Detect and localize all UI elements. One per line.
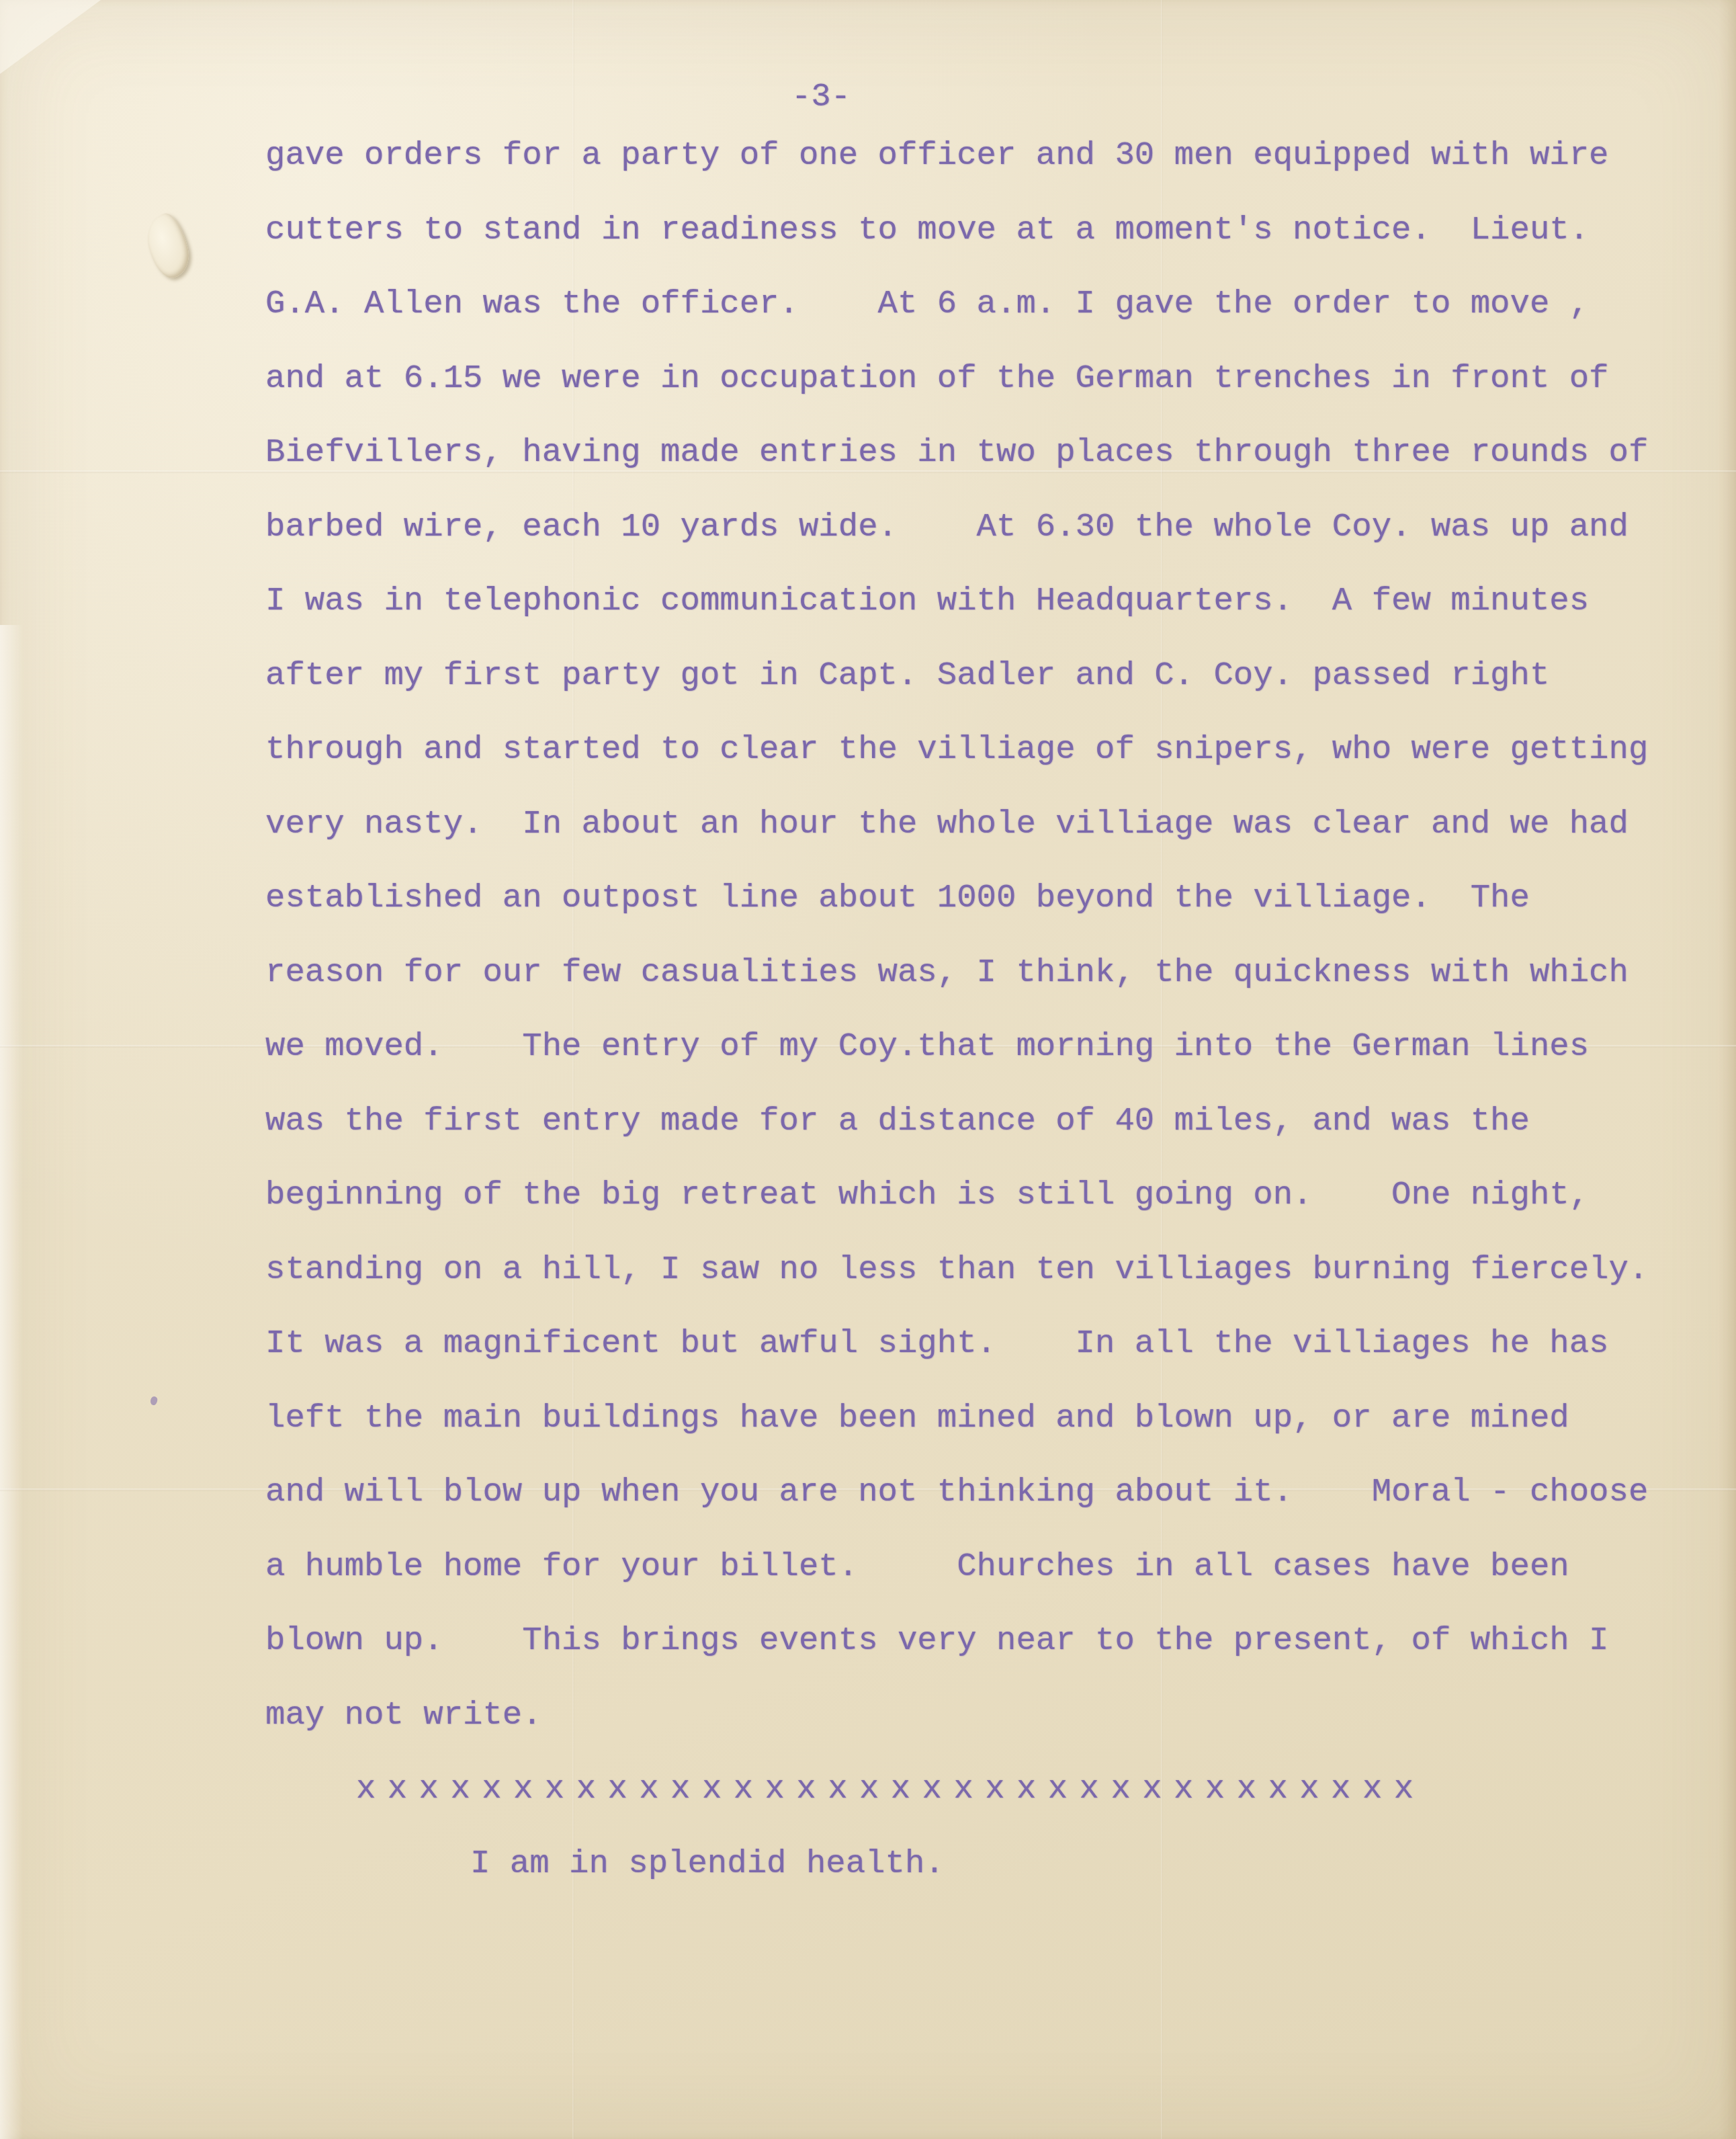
text-line: It was a magnificent but awful sight. In… <box>265 1306 1703 1381</box>
paper-edge-right <box>1719 0 1736 2139</box>
text-line: reason for our few casualities was, I th… <box>265 935 1703 1010</box>
stray-ink-mark <box>149 1396 159 1406</box>
scan-corner-highlight <box>0 0 101 74</box>
text-line: blown up. This brings events very near t… <box>265 1603 1703 1678</box>
text-line: beginning of the big retreat which is st… <box>265 1158 1703 1232</box>
text-line: G.A. Allen was the officer. At 6 a.m. I … <box>265 267 1703 341</box>
text-line: may not write. <box>265 1678 1703 1753</box>
text-line: gave orders for a party of one officer a… <box>265 118 1703 193</box>
text-line: very nasty. In about an hour the whole v… <box>265 787 1703 862</box>
text-line: and at 6.15 we were in occupation of the… <box>265 341 1703 416</box>
text-line: a humble home for your billet. Churches … <box>265 1529 1703 1604</box>
text-line: Biefvillers, having made entries in two … <box>265 415 1703 490</box>
letter-page: -3- gave orders for a party of one offic… <box>0 0 1736 2139</box>
paper-flaw <box>142 210 194 282</box>
letter-paragraph: gave orders for a party of one officer a… <box>265 118 1703 1752</box>
text-line: and will blow up when you are not thinki… <box>265 1455 1703 1529</box>
text-line: barbed wire, each 10 yards wide. At 6.30… <box>265 490 1703 564</box>
text-line: left the main buildings have been mined … <box>265 1381 1703 1456</box>
letter-body: gave orders for a party of one officer a… <box>265 118 1703 1900</box>
text-line: I was in telephonic communication with H… <box>265 564 1703 638</box>
text-line: we moved. The entry of my Coy.that morni… <box>265 1009 1703 1084</box>
text-line: through and started to clear the villiag… <box>265 712 1703 787</box>
page-number: -3- <box>0 78 1642 116</box>
closing-line: I am in splendid health. <box>265 1827 1703 1901</box>
typed-x-separator: x x x x x x x x x x x x x x x x x x x x … <box>265 1752 1703 1827</box>
text-line: cutters to stand in readiness to move at… <box>265 193 1703 267</box>
text-line: after my first party got in Capt. Sadler… <box>265 638 1703 713</box>
text-line: was the first entry made for a distance … <box>265 1084 1703 1159</box>
text-line: standing on a hill, I saw no less than t… <box>265 1232 1703 1307</box>
paper-edge-left <box>0 625 23 2139</box>
text-line: established an outpost line about 1000 b… <box>265 861 1703 935</box>
